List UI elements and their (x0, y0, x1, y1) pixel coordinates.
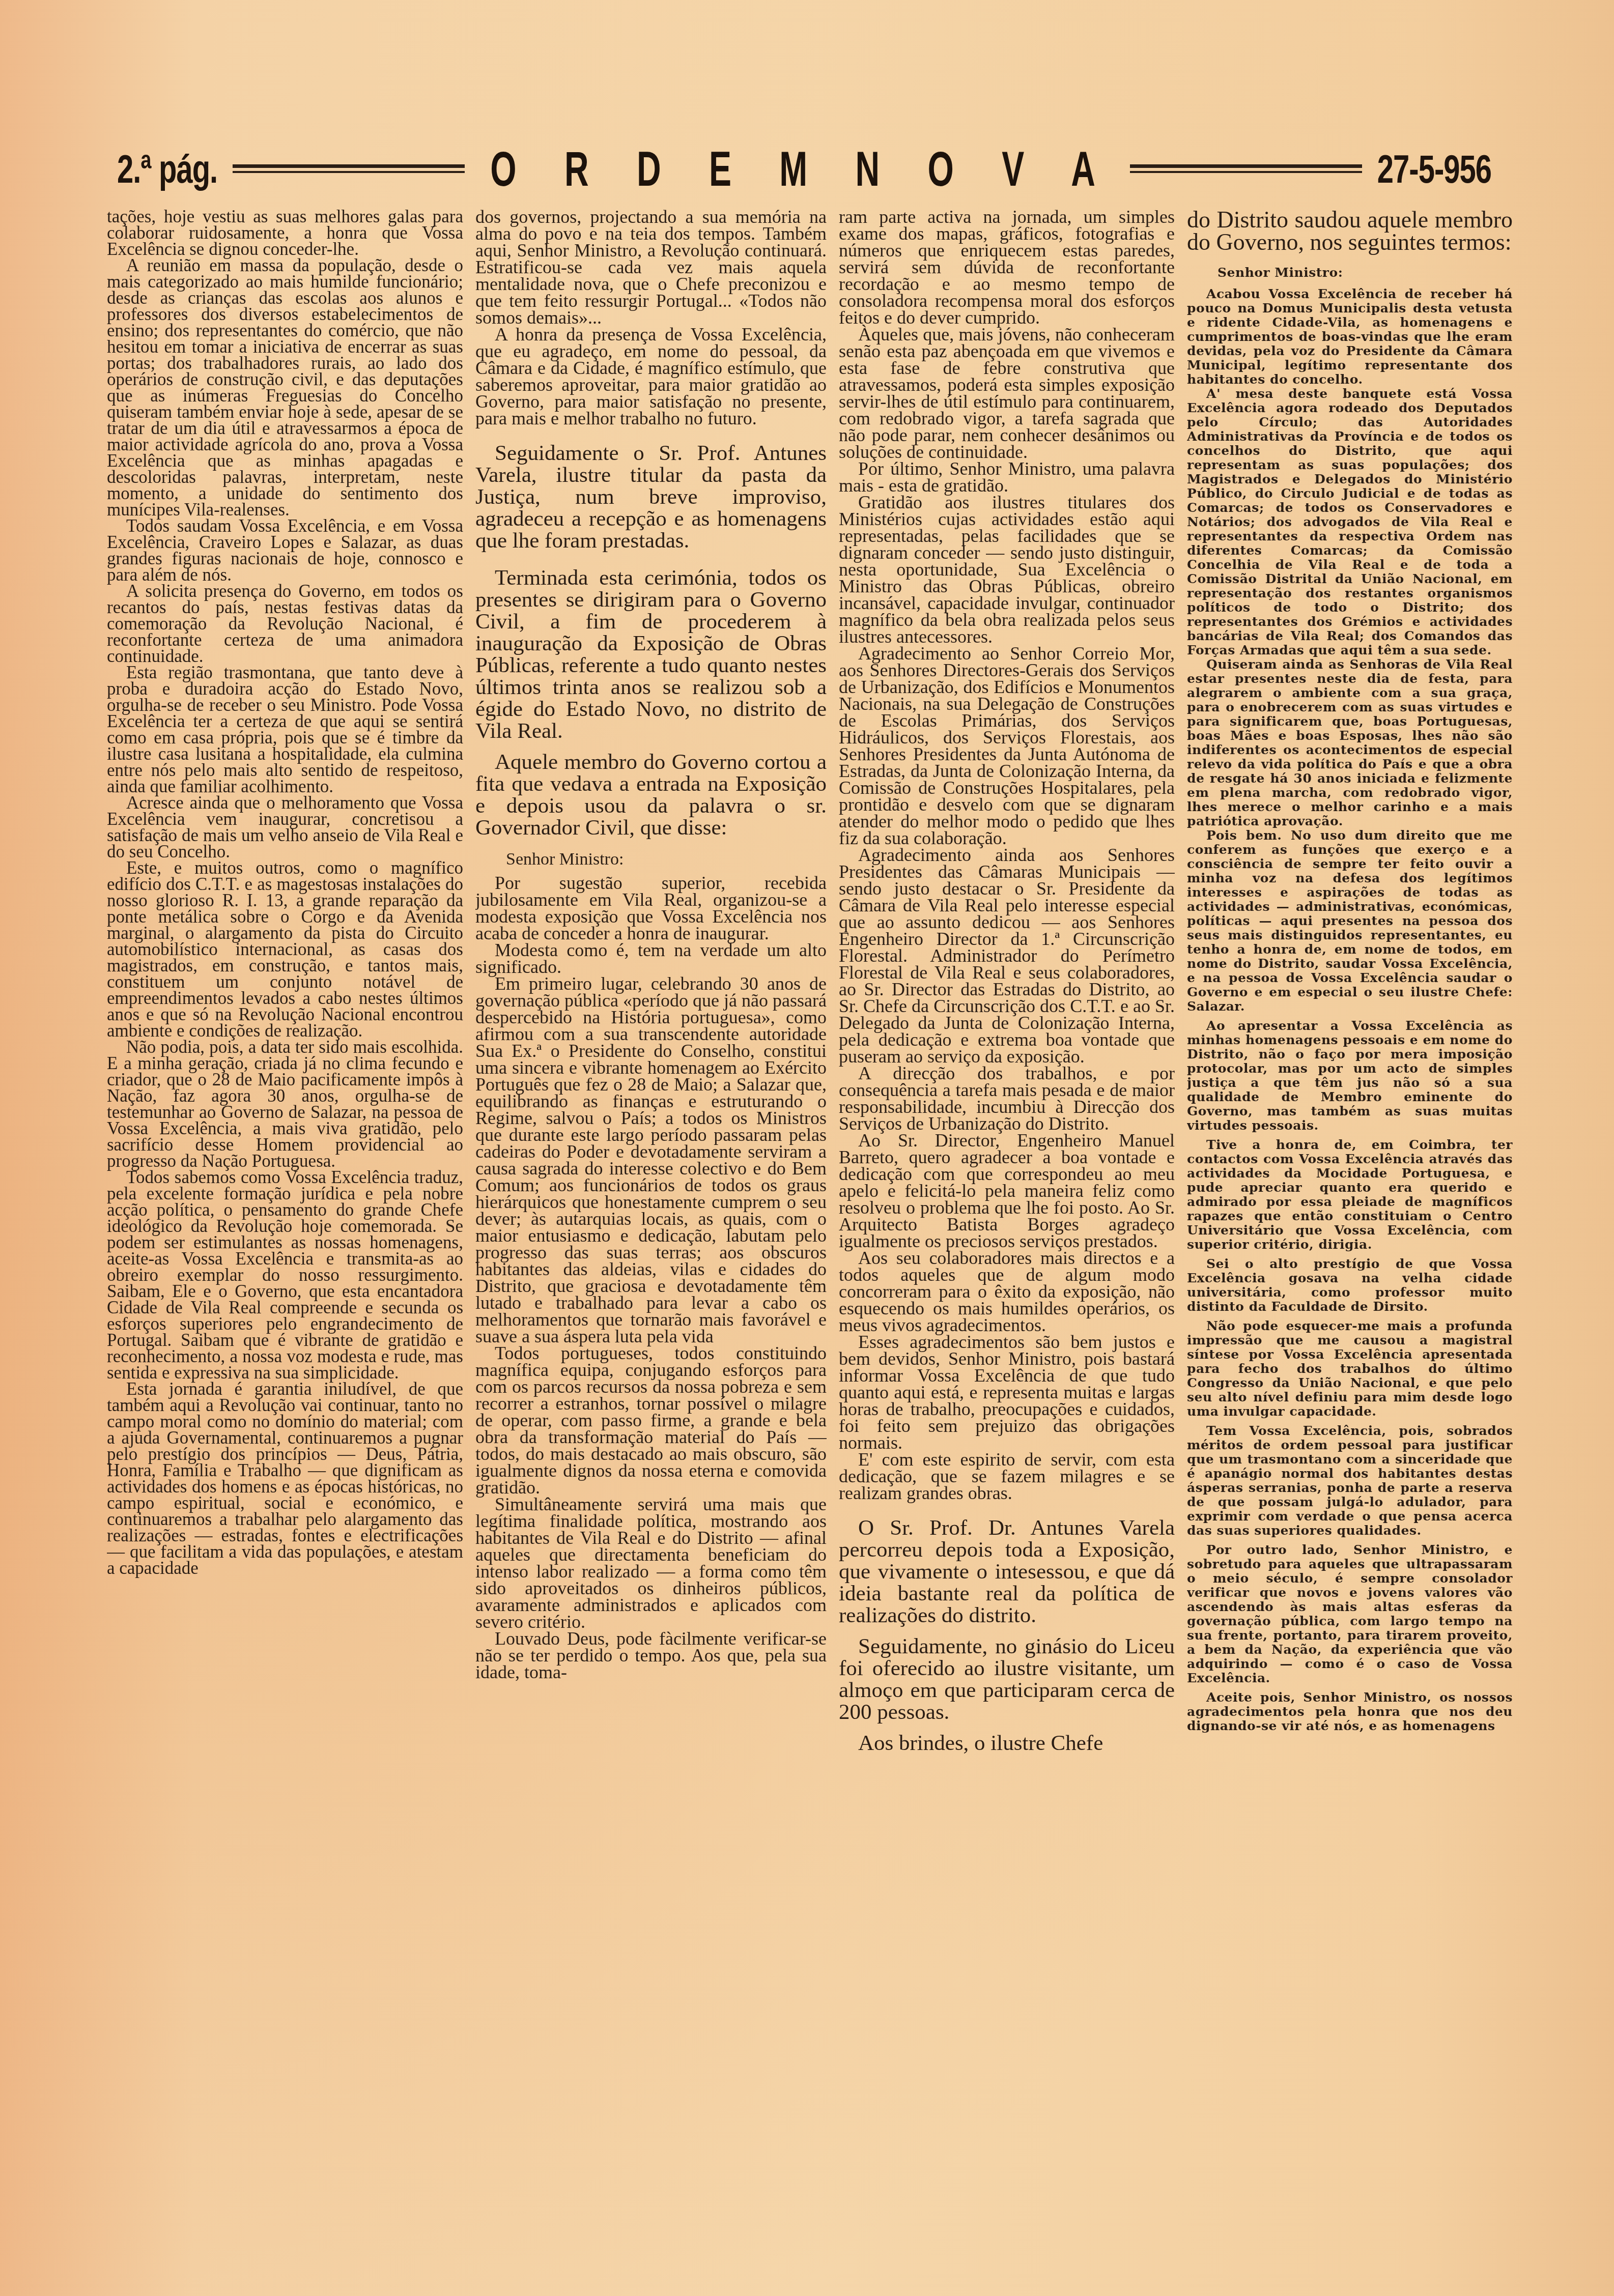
masthead-rule-right (1130, 163, 1362, 175)
paragraph: Ao Sr. Director, Engenheiro Manuel Barre… (839, 1132, 1175, 1250)
paragraph: A reunião em massa da população, desde o… (107, 257, 463, 518)
paragraph: Por sugestão superior, recebida jubilosa… (475, 875, 827, 942)
paragraph: Acresce ainda que o melhoramento que Vos… (107, 795, 463, 860)
paragraph: Tive a honra de, em Coimbra, ter contact… (1187, 1138, 1513, 1252)
speech-salutation: Senhor Ministro: (1187, 266, 1513, 280)
lead-paragraph: Aos brindes, o ilustre Chefe (839, 1732, 1175, 1754)
paragraph: Aos seu colaboradores mais directos e a … (839, 1250, 1175, 1334)
paragraph: E' com este espirito de servir, com esta… (839, 1451, 1175, 1502)
article-columns: tações, hoje vestiu as suas melhores gal… (107, 209, 1512, 2142)
column-4: do Distrito saudou aquele membro do Gove… (1187, 209, 1513, 2142)
paragraph: Este, e muitos outros, como o magnífico … (107, 860, 463, 1039)
lead-paragraph: O Sr. Prof. Dr. Antunes Varela percorreu… (839, 1517, 1175, 1626)
paragraph: Pois bem. No uso dum direito que me conf… (1187, 828, 1513, 1014)
lead-paragraph: do Distrito saudou aquele membro do Gove… (1187, 209, 1513, 253)
lead-paragraph: Seguidamente, no ginásio do Liceu foi of… (839, 1635, 1175, 1723)
paragraph: Àqueles que, mais jóvens, não conheceram… (839, 326, 1175, 461)
paragraph: dos governos, projectando a sua memória … (475, 209, 827, 326)
paragraph: Por outro lado, Senhor Ministro, e sobre… (1187, 1543, 1513, 1685)
paragraph: Modesta como é, tem na verdade um alto s… (475, 942, 827, 975)
paragraph: Acabou Vossa Excelência de receber há po… (1187, 287, 1513, 387)
lead-paragraph: Seguidamente o Sr. Prof. Antunes Varela,… (475, 442, 827, 552)
paragraph: Gratidão aos ilustres titulares dos Mini… (839, 494, 1175, 645)
paragraph: Quiseram ainda as Senhoras de Vila Real … (1187, 657, 1513, 828)
paragraph: Não pode esquecer-me mais a profunda imp… (1187, 1319, 1513, 1419)
paragraph: A solicita presença do Governo, em todos… (107, 583, 463, 665)
issue-date: 27-5-956 (1377, 146, 1491, 192)
paragraph: A honra da presença de Vossa Excelência,… (475, 326, 827, 427)
lead-paragraph: Terminada esta cerimónia, todos os prese… (475, 567, 827, 742)
paragraph: Aceite pois, Senhor Ministro, os nossos … (1187, 1690, 1513, 1733)
paragraph: Agradecimento ainda aos Senhores Preside… (839, 847, 1175, 1065)
paragraph: Todos portugueses, todos constituindo ma… (475, 1345, 827, 1496)
paragraph: Ao apresentar a Vossa Excelência as minh… (1187, 1019, 1513, 1133)
paragraph: A' mesa deste banquete está Vossa Excelê… (1187, 387, 1513, 657)
paragraph: Louvado Deus, pode fàcilmente verificar-… (475, 1630, 827, 1681)
paragraph: Simultâneamente servirá uma mais que leg… (475, 1496, 827, 1630)
masthead: 2.ª pág. O R D E M N O V A 27-5-956 (117, 149, 1491, 189)
paragraph: Todos saudam Vossa Excelência, e em Voss… (107, 518, 463, 583)
paragraph: Esta jornada é garantia iniludível, de q… (107, 1381, 463, 1576)
paragraph: tações, hoje vestiu as suas melhores gal… (107, 209, 463, 257)
paragraph: Esta região trasmontana, que tanto deve … (107, 665, 463, 795)
speech-salutation: Senhor Ministro: (475, 851, 827, 868)
paragraph: Todos sabemos como Vossa Excelência trad… (107, 1169, 463, 1381)
paragraph: ram parte activa na jornada, um simples … (839, 209, 1175, 326)
column-1: tações, hoje vestiu as suas melhores gal… (107, 209, 463, 2142)
newspaper-title: O R D E M N O V A (480, 141, 1115, 197)
paragraph: A direcção dos trabalhos, e por consequê… (839, 1065, 1175, 1132)
paragraph: Em primeiro lugar, celebrando 30 anos de… (475, 975, 827, 1345)
paragraph: Tem Vossa Excelência, pois, sobrados mér… (1187, 1424, 1513, 1538)
column-3: ram parte activa na jornada, um simples … (839, 209, 1175, 2142)
paragraph: Por último, Senhor Ministro, uma palavra… (839, 461, 1175, 494)
masthead-rule-left (233, 163, 465, 175)
paragraph: Esses agradecimentos são bem justos e be… (839, 1334, 1175, 1451)
paragraph: Agradecimento ao Senhor Correio Mor, aos… (839, 645, 1175, 847)
lead-paragraph: Aquele membro do Governo cortou a fita q… (475, 751, 827, 839)
paragraph: Não podia, pois, a data ter sido mais es… (107, 1039, 463, 1169)
page-number: 2.ª pág. (117, 146, 217, 192)
column-2: dos governos, projectando a sua memória … (475, 209, 827, 2142)
paragraph: Sei o alto prestígio de que Vossa Excelê… (1187, 1257, 1513, 1314)
